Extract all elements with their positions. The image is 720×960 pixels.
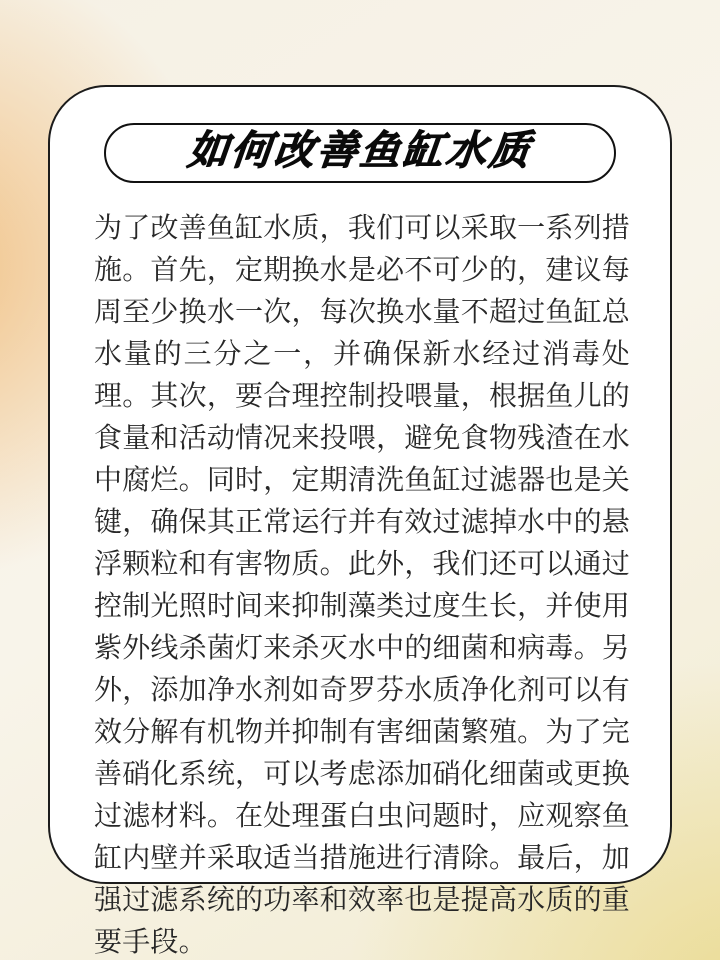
title-pill: 如何改善鱼缸水质 [104,123,616,183]
content-card: 如何改善鱼缸水质 为了改善鱼缸水质，我们可以采取一系列措施。首先，定期换水是必不… [48,85,672,884]
body-paragraph: 为了改善鱼缸水质，我们可以采取一系列措施。首先，定期换水是必不可少的，建议每周至… [94,207,630,960]
page-background: { "page": { "type": "text-card", "colors… [0,0,720,960]
page-title: 如何改善鱼缸水质 [186,131,535,175]
